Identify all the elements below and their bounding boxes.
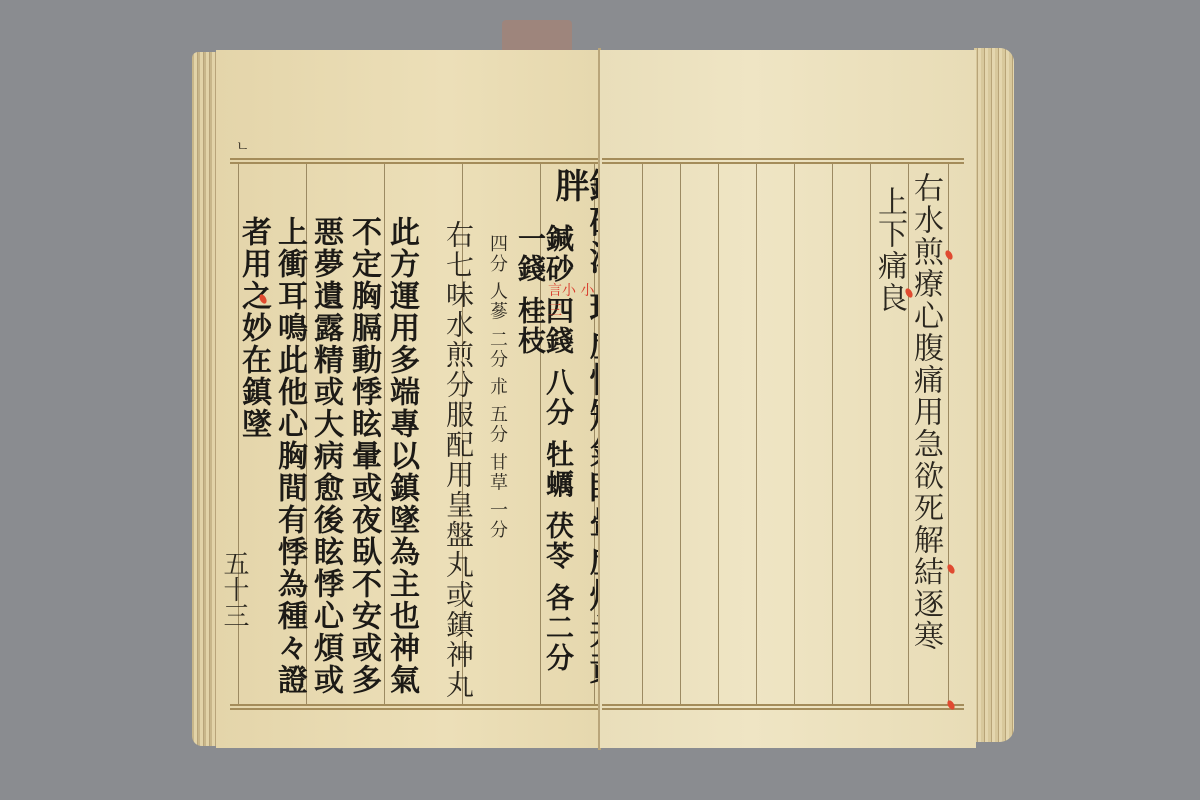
right-page: 右水煎療心腹痛用急欲死解結逐寒 上下痛良 (600, 50, 976, 748)
column-body-6: 不定胸膈動悸眩暈或夜臥不安或多 (348, 216, 378, 696)
column-body-9: 者用之妙在鎮墜 (238, 216, 268, 440)
open-book: ㄴ 鍼砂湯 理虛悸短氣眩暈虛煩并黃胖 鍼砂 四錢 八分 牡蠣 茯苓 各二分 一錢… (192, 48, 1014, 750)
column-body-5: 此方運用多端專以鎮墜為主也神氣 (386, 216, 416, 696)
column-body-8: 上衝耳鳴此他心胸間有悸為種々證 (274, 216, 304, 696)
page-edges-right (974, 48, 1014, 742)
red-annotation: 言小 小三 (548, 280, 602, 320)
red-mark (944, 249, 954, 261)
red-mark (946, 699, 956, 711)
margin-mark: ㄴ (236, 136, 250, 156)
left-page: ㄴ 鍼砂湯 理虛悸短氣眩暈虛煩并黃胖 鍼砂 四錢 八分 牡蠣 茯苓 各二分 一錢… (216, 50, 600, 748)
right-page-frame: 右水煎療心腹痛用急欲死解結逐寒 上下痛良 (602, 158, 964, 710)
right-column-2: 上下痛良 (874, 186, 904, 314)
folio-number: 五十三 (216, 550, 253, 628)
right-column-1: 右水煎療心腹痛用急欲死解結逐寒 (910, 172, 940, 652)
column-body-7: 悪夢遺露精或大病愈後眩悸心煩或 (310, 216, 340, 696)
left-page-frame: 鍼砂湯 理虛悸短氣眩暈虛煩并黃胖 鍼砂 四錢 八分 牡蠣 茯苓 各二分 一錢 桂… (230, 158, 602, 710)
column-body-4: 右七味水煎分服配用皇盤丸或鎮神丸 (444, 220, 472, 700)
column-ingredients-small: 四分 人蔘 二分 朮 五分 甘草 一分 (488, 234, 506, 540)
